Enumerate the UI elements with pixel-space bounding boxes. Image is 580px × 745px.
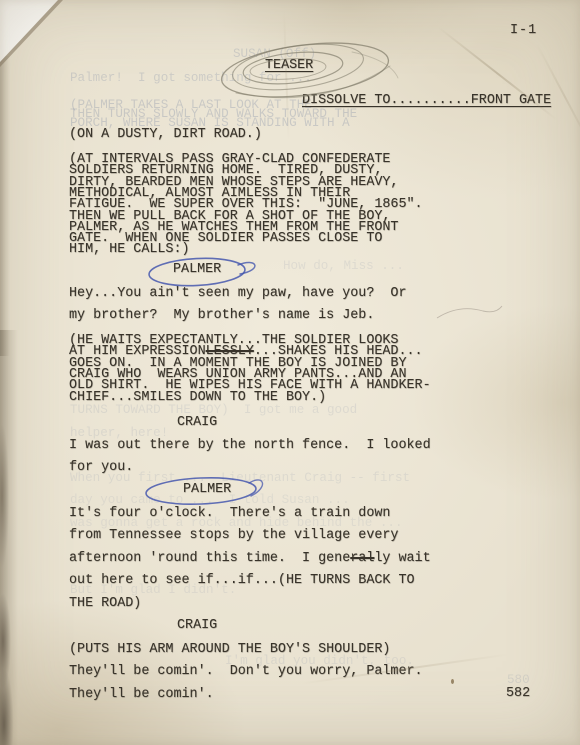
- paper-sheet: [0, 0, 580, 745]
- ink-speck: [451, 679, 454, 684]
- script-page-scan: SUSAN (Off)Palmer! I got something for .…: [0, 0, 580, 745]
